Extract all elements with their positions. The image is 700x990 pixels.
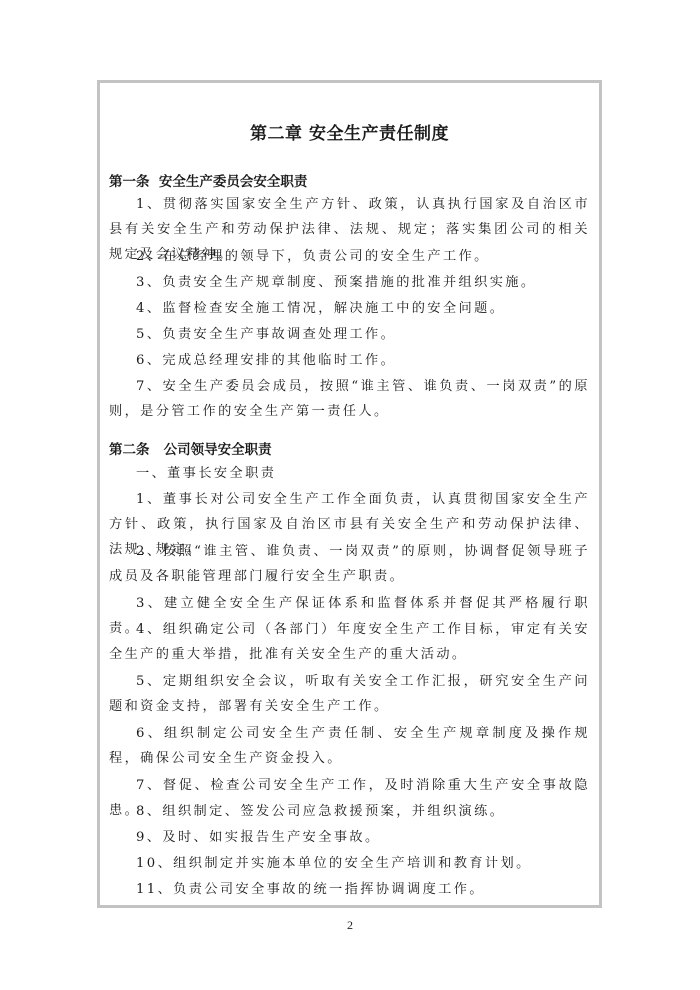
article-2-item-2: 2、按照“谁主管、谁负责、一岗双责”的原则，协调督促领导班子成员及各职能管理部门… xyxy=(109,539,590,589)
article-2-item-10: 10、组织制定并实施本单位的安全生产培训和教育计划。 xyxy=(109,851,590,876)
article-2-item-6: 6、组织制定公司安全生产责任制、安全生产规章制度及操作规程，确保公司安全生产资金… xyxy=(109,721,590,771)
article-1-title: 第一条 安全生产委员会安全职责 xyxy=(109,170,307,190)
chapter-title: 第二章 安全生产责任制度 xyxy=(109,119,590,144)
article-1-item-4: 4、监督检查安全施工情况，解决施工中的安全问题。 xyxy=(109,296,590,321)
article-1-item-5: 5、负责安全生产事故调查处理工作。 xyxy=(109,322,590,347)
article-2-item-4: 4、组织确定公司（各部门）年度安全生产工作目标，审定有关安全生产的重大举措，批准… xyxy=(109,617,590,667)
document-frame: 第二章 安全生产责任制度 第一条 安全生产委员会安全职责 1、贯彻落实国家安全生… xyxy=(97,80,602,908)
article-1-item-6: 6、完成总经理安排的其他临时工作。 xyxy=(109,348,590,373)
article-2-item-8: 8、组织制定、签发公司应急救援预案，并组织演练。 xyxy=(109,799,590,824)
article-2-item-5: 5、定期组织安全会议，听取有关安全工作汇报，研究安全生产问题和资金支持，部署有关… xyxy=(109,669,590,719)
article-1-item-3: 3、负责安全生产规章制度、预案措施的批准并组织实施。 xyxy=(109,270,590,295)
article-2-title: 第二条 公司领导安全职责 xyxy=(109,438,272,458)
article-2-item-11: 11、负责公司安全事故的统一指挥协调调度工作。 xyxy=(109,877,590,902)
article-1-item-2: 2、在总经理的领导下，负责公司的安全生产工作。 xyxy=(109,244,590,269)
page-number: 2 xyxy=(0,918,700,933)
article-1-item-7: 7、安全生产委员会成员，按照“谁主管、谁负责、一岗双责”的原则，是分管工作的安全… xyxy=(109,374,590,424)
article-2-item-9: 9、及时、如实报告生产安全事故。 xyxy=(109,825,590,850)
article-2-subsection: 一、董事长安全职责 xyxy=(109,461,590,486)
